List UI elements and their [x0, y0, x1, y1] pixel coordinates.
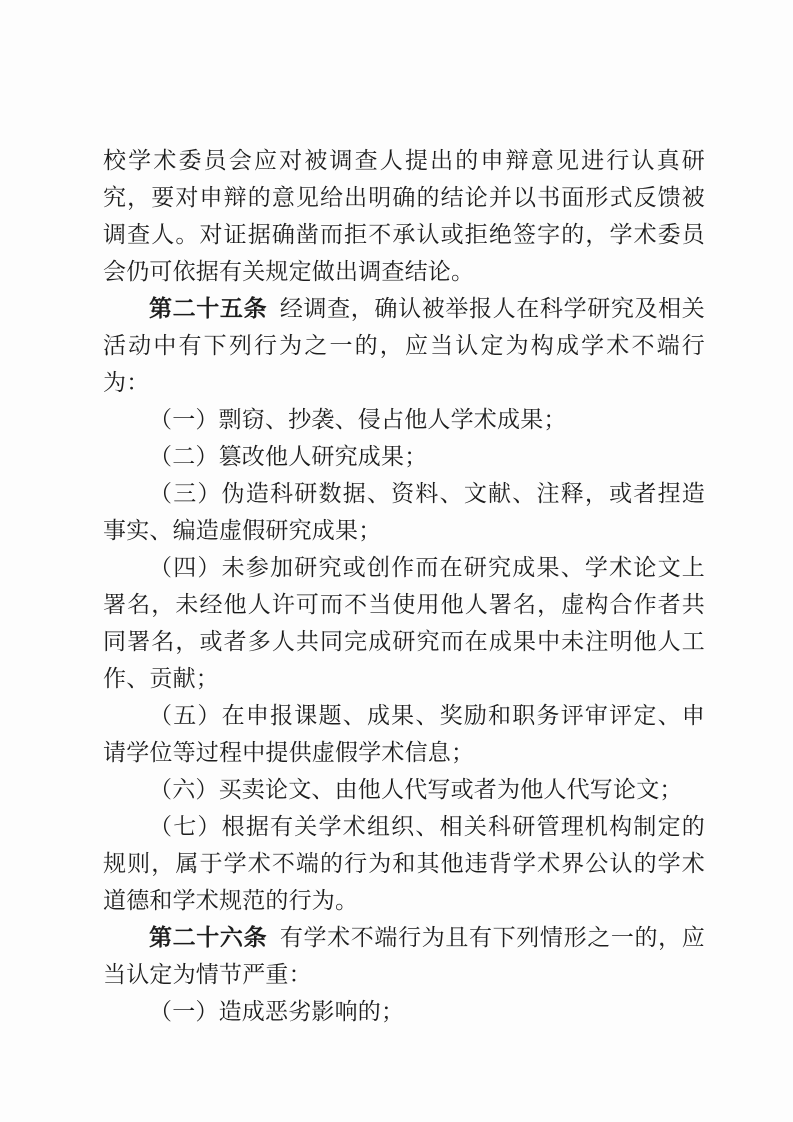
list-item-26-1: （一）造成恶劣影响的； — [103, 993, 705, 1030]
list-item-25-7: （七）根据有关学术组织、相关科研管理机构制定的规则，属于学术不端的行为和其他违背… — [103, 808, 705, 919]
list-item-25-6: （六）买卖论文、由他人代写或者为他人代写论文； — [103, 771, 705, 808]
list-item-25-5: （五）在申报课题、成果、奖励和职务评审评定、申请学位等过程中提供虚假学术信息； — [103, 697, 705, 771]
document-page: 校学术委员会应对被调查人提出的申辩意见进行认真研究，要对申辩的意见给出明确的结论… — [0, 0, 793, 1122]
paragraph-article-26: 第二十六条有学术不端行为且有下列情形之一的，应当认定为情节严重： — [103, 919, 705, 993]
document-body: 校学术委员会应对被调查人提出的申辩意见进行认真研究，要对申辩的意见给出明确的结论… — [103, 142, 705, 1030]
article-25-heading: 第二十五条 — [149, 296, 267, 321]
list-item-25-2: （二）篡改他人研究成果； — [103, 438, 705, 475]
paragraph-continued: 校学术委员会应对被调查人提出的申辩意见进行认真研究，要对申辩的意见给出明确的结论… — [103, 142, 705, 290]
list-item-25-4: （四）未参加研究或创作而在研究成果、学术论文上署名，未经他人许可而不当使用他人署… — [103, 549, 705, 697]
article-26-heading: 第二十六条 — [149, 925, 267, 950]
paragraph-article-25: 第二十五条经调查，确认被举报人在科学研究及相关活动中有下列行为之一的，应当认定为… — [103, 290, 705, 401]
list-item-25-3: （三）伪造科研数据、资料、文献、注释，或者捏造事实、编造虚假研究成果； — [103, 475, 705, 549]
list-item-25-1: （一）剽窃、抄袭、侵占他人学术成果； — [103, 401, 705, 438]
